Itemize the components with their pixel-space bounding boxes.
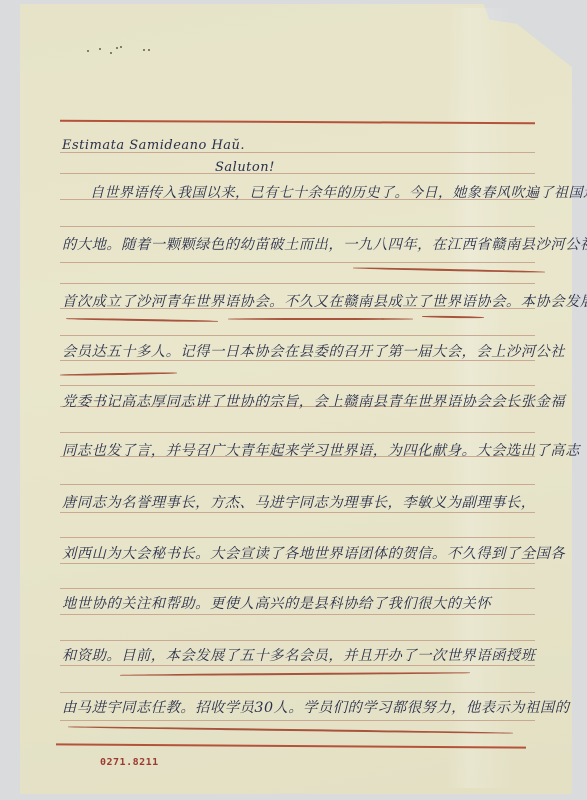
greeting: Saluton! bbox=[215, 160, 275, 175]
letter-line-10: 和资助。目前，本会发展了五十多名会员，并且开办了一次世界语函授班 bbox=[62, 645, 536, 665]
rule-line bbox=[60, 563, 535, 564]
hand-underline bbox=[228, 318, 413, 320]
rule-line bbox=[60, 614, 535, 615]
rule-line bbox=[60, 720, 535, 721]
letter-line-8: 刘西山为大会秘书长。大会宣读了各地世界语团体的贺信。不久得到了全国各 bbox=[62, 543, 565, 563]
rule-line bbox=[60, 226, 535, 227]
rule-line bbox=[60, 335, 535, 336]
letter-line-6: 同志也发了言，并号召广大青年起来学习世界语，为四化献身。大会选出了高志 bbox=[62, 440, 580, 460]
letter-line-3: 首次成立了沙河青年世界语协会。不久又在赣南县成立了世界语协会。本协会发展 bbox=[62, 291, 587, 311]
rule-line bbox=[60, 262, 535, 263]
rule-line bbox=[60, 484, 535, 485]
letter-line-9: 地世协的关注和帮助。更使人高兴的是县科协给了我们很大的关怀 bbox=[62, 593, 491, 613]
rule-line bbox=[60, 385, 535, 386]
serial-stamp: 0271.8211 bbox=[100, 757, 159, 768]
addressee: Estimata Samideano Haŭ. bbox=[62, 138, 245, 153]
letter-line-5: 党委书记高志厚同志讲了世协的宗旨，会上赣南县青年世界语协会会长张金福 bbox=[62, 391, 565, 411]
paper-specks bbox=[85, 44, 155, 54]
rule-line bbox=[60, 432, 535, 433]
rule-line bbox=[60, 537, 535, 538]
rule-line bbox=[60, 640, 535, 641]
rule-line bbox=[60, 283, 535, 284]
rule-line bbox=[60, 692, 535, 693]
letter-line-4: 会员达五十多人。记得一日本协会在县委的召开了第一届大会，会上沙河公社 bbox=[62, 341, 565, 361]
rule-line bbox=[60, 512, 535, 513]
rule-line bbox=[60, 665, 535, 666]
letter-line-1: 自世界语传入我国以来，已有七十余年的历史了。今日，她象春风吹遍了祖国辽阔 bbox=[90, 182, 587, 202]
letter-line-11: 由马进宇同志任教。招收学员30人。学员们的学习都很努力，他表示为祖国的 bbox=[62, 697, 570, 717]
letter-line-2: 的大地。随着一颗颗绿色的幼苗破土而出，一九八四年，在江西省赣南县沙河公社 bbox=[62, 234, 587, 254]
letter-line-7: 唐同志为名誉理事长，方杰、马进宇同志为理事长，李敏义为副理事长， bbox=[62, 492, 536, 512]
rule-line bbox=[60, 173, 535, 174]
rule-line bbox=[60, 588, 535, 589]
